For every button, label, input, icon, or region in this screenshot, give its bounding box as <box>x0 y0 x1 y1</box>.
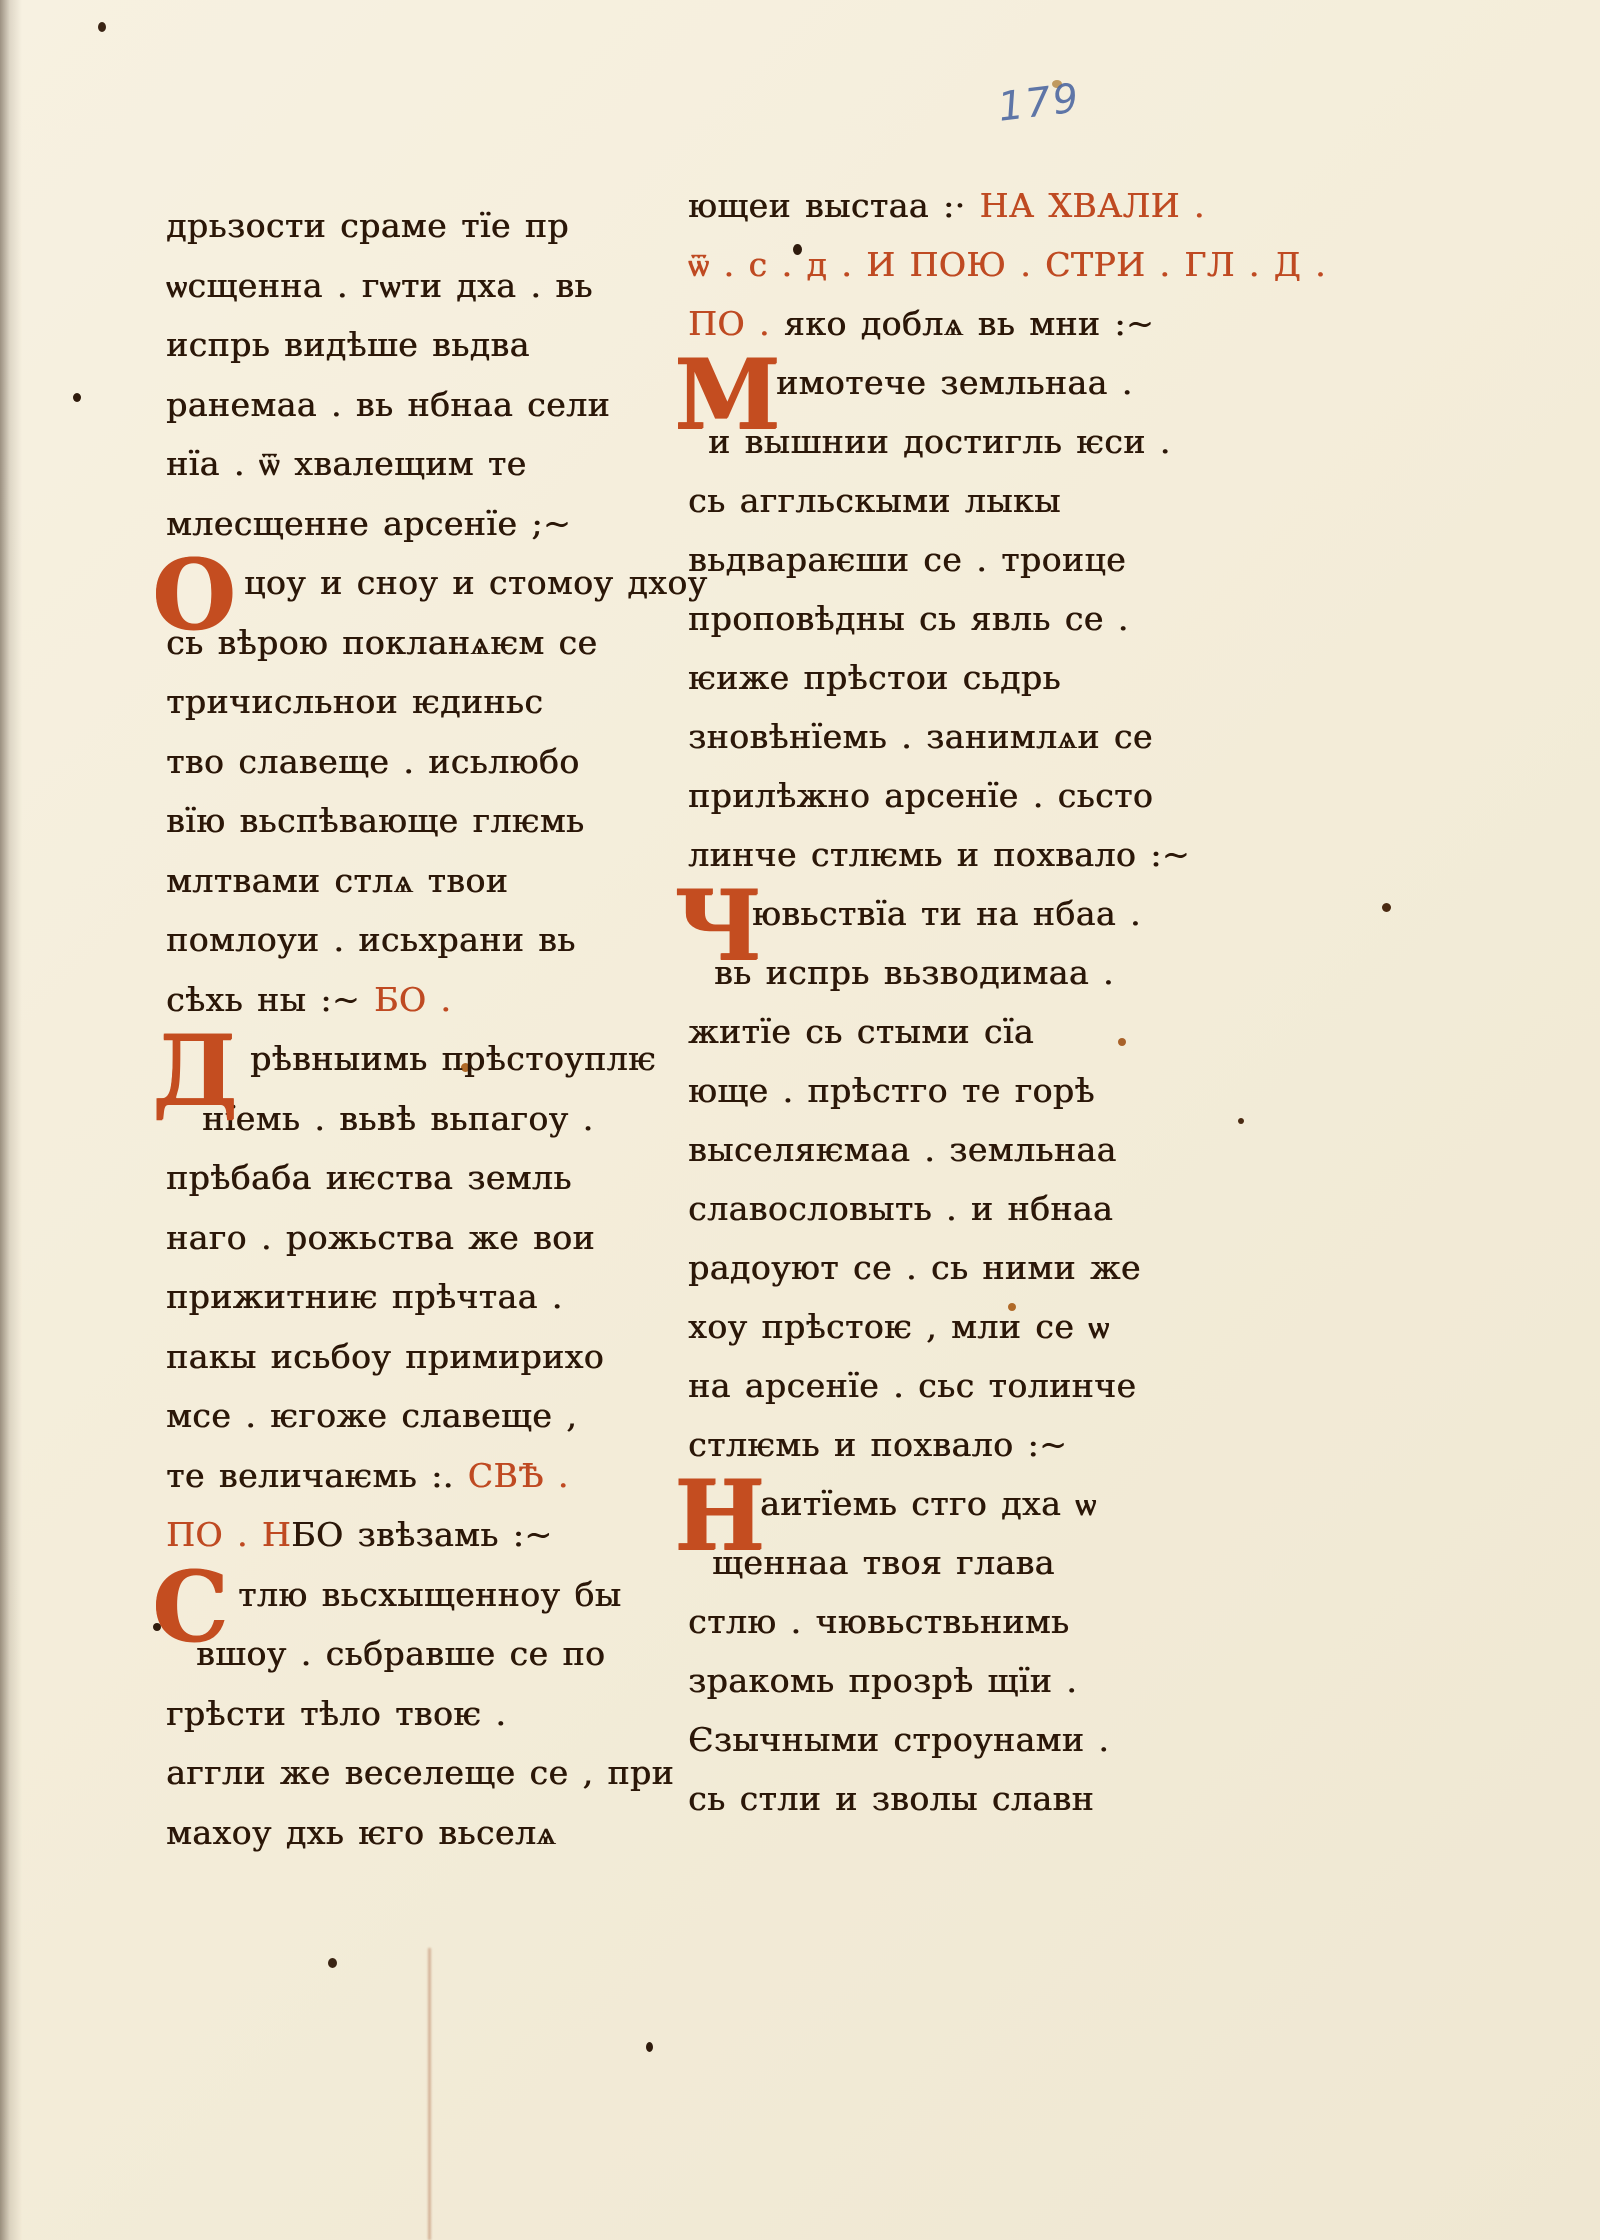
text-line: млтвами стлѧ твои <box>166 851 686 911</box>
text-line: тлю вьсхыщенноу бы <box>166 1565 686 1625</box>
body-text: нїемь . вьвѣ вьпагоу . <box>202 1099 593 1138</box>
body-text: пакы исьбоу примирихо <box>166 1337 604 1376</box>
body-text: нїа . ѿ хвалещим те <box>166 444 527 483</box>
body-text: ѥиже прѣстои сьдрь <box>688 658 1061 697</box>
text-line: млесщенне арсенїе ;~ <box>166 494 686 554</box>
text-line: вшоу . сьбравше се по <box>166 1624 686 1684</box>
body-text: испрь видѣше вьдва <box>166 325 530 364</box>
body-text: прѣбаба иѥства земль <box>166 1158 572 1197</box>
text-line: вьдвараѥши се . троице <box>688 530 1268 589</box>
text-line: линче стлѥмь и похвало :~ <box>688 825 1268 884</box>
body-text: стлю . чювьствьнимь <box>688 1602 1069 1641</box>
text-line: сѣхь ны :~ БО . <box>166 970 686 1030</box>
text-line: сь стли и зволы славн <box>688 1769 1268 1828</box>
body-text: рѣвныимь прѣстоуплѥ <box>250 1039 656 1078</box>
body-text: млтвами стлѧ твои <box>166 861 508 900</box>
body-text: житїе сь стыми сїа <box>688 1012 1034 1051</box>
body-text: выселяѥмаа . земльнаа <box>688 1130 1117 1169</box>
drop-cap-initial: С <box>152 1559 228 1655</box>
body-text: аггли же веселеще се , при <box>166 1753 674 1792</box>
text-line: на арсенїе . сьс толинче <box>688 1356 1268 1415</box>
text-line: ПО . НБО звѣзамь :~ <box>166 1505 686 1565</box>
body-text: имотече земльнаа . <box>776 363 1133 402</box>
text-line: аггли же веселеще се , при <box>166 1743 686 1803</box>
text-line: грѣсти тѣло твоѥ . <box>166 1684 686 1744</box>
text-line: те величаѥмь :. СВѢ . <box>166 1446 686 1506</box>
text-line: мсе . ѥгоже славеще , <box>166 1386 686 1446</box>
body-text: вь испрь вьзводимаа . <box>714 953 1114 992</box>
body-text: махоу дхь ѥго вьселѧ <box>166 1813 556 1852</box>
text-line: нїемь . вьвѣ вьпагоу . <box>166 1089 686 1149</box>
body-text: БО звѣзамь :~ <box>291 1515 552 1554</box>
text-line: аитїемь стго дха ѡ <box>688 1474 1268 1533</box>
body-text: те величаѥмь :. <box>166 1456 468 1495</box>
text-line: пакы исьбоу примирихо <box>166 1327 686 1387</box>
text-line: махоу дхь ѥго вьселѧ <box>166 1803 686 1863</box>
text-line: выселяѥмаа . земльнаа <box>688 1120 1268 1179</box>
body-text: прижитниѥ прѣчтаа . <box>166 1277 563 1316</box>
text-line: проповѣдны сь явль се . <box>688 589 1268 648</box>
body-text: юще . прѣстго те горѣ <box>688 1071 1095 1110</box>
text-line: испрь видѣше вьдва <box>166 315 686 375</box>
text-line: рѣвныимь прѣстоуплѥ <box>166 1029 686 1089</box>
text-line: прижитниѥ прѣчтаа . <box>166 1267 686 1327</box>
ink-speck <box>646 2042 653 2052</box>
body-text: проповѣдны сь явль се . <box>688 599 1129 638</box>
text-line: ѡсщенна . гѡти дха . вь <box>166 256 686 316</box>
body-text: сѣхь ны :~ <box>166 980 374 1019</box>
body-text: тлю вьсхыщенноу бы <box>238 1575 621 1614</box>
body-text: цоу и сноу и стомоу дхоу <box>244 563 707 602</box>
body-text: сь стли и зволы славн <box>688 1779 1094 1818</box>
body-text: мсе . ѥгоже славеще , <box>166 1396 577 1435</box>
ink-speck <box>328 1958 337 1968</box>
text-line: прѣбаба иѥства земль <box>166 1148 686 1208</box>
body-text: дрьзости сраме тїе пр <box>166 206 569 245</box>
ink-speck <box>98 22 106 32</box>
body-text: ранемаа . вь нбнаа сели <box>166 385 610 424</box>
body-text: славословыть . и нбнаа <box>688 1189 1113 1228</box>
body-text: вьдвараѥши се . троице <box>688 540 1126 579</box>
body-text: млесщенне арсенїе ;~ <box>166 504 571 543</box>
body-text: вїю вьспѣвающе глѥмь <box>166 801 584 840</box>
body-text: на арсенїе . сьс толинче <box>688 1366 1136 1405</box>
text-line: ювьствїа ти на нбаа . <box>688 884 1268 943</box>
text-line: тричисльнои ѥдиньс <box>166 672 686 732</box>
drop-cap-initial: Н <box>674 1468 765 1564</box>
manuscript-page: 179 дрьзости сраме тїе прѡсщенна . гѡти … <box>0 0 1600 2240</box>
text-line: тво славеще . исьлюбо <box>166 732 686 792</box>
text-line: стлю . чювьствьнимь <box>688 1592 1268 1651</box>
drop-cap-initial: М <box>674 347 780 443</box>
rubric-text: ѿ . с . д . И ПОЮ . СТРИ . ГЛ . Д . <box>688 245 1326 284</box>
text-line: зракомь прозрѣ щїи . <box>688 1651 1268 1710</box>
text-line: славословыть . и нбнаа <box>688 1179 1268 1238</box>
text-line: житїе сь стыми сїа <box>688 1002 1268 1061</box>
text-line: зновѣнїемь . занимлѧи се <box>688 707 1268 766</box>
text-line: ранемаа . вь нбнаа сели <box>166 375 686 435</box>
rubric-text: ПО . Н <box>166 1515 291 1554</box>
body-text: яко доблѧ вь мни :~ <box>784 304 1154 343</box>
text-line: сь вѣрою покланѧѥм се <box>166 613 686 673</box>
body-text: вшоу . сьбравше се по <box>196 1634 605 1673</box>
ink-speck <box>1382 903 1391 912</box>
text-line: ющеи выстаа :· НА ХВАЛИ . <box>688 176 1268 235</box>
body-text: зракомь прозрѣ щїи . <box>688 1661 1077 1700</box>
text-line: нїа . ѿ хвалещим те <box>166 434 686 494</box>
body-text: радоуют се . сь ними же <box>688 1248 1141 1287</box>
text-line: хоу прѣстоѥ , мли се ѡ <box>688 1297 1268 1356</box>
body-text: помлоуи . исьхрани вь <box>166 920 576 959</box>
body-text: аитїемь стго дха ѡ <box>760 1484 1097 1523</box>
rubric-text: СВѢ . <box>468 1456 569 1495</box>
text-column-left: дрьзости сраме тїе прѡсщенна . гѡти дха … <box>166 196 686 1862</box>
text-line: прилѣжно арсенїе . сьсто <box>688 766 1268 825</box>
text-column-right: ющеи выстаа :· НА ХВАЛИ .ѿ . с . д . И П… <box>688 176 1268 1828</box>
text-line: ѿ . с . д . И ПОЮ . СТРИ . ГЛ . Д . <box>688 235 1268 294</box>
text-line: дрьзости сраме тїе пр <box>166 196 686 256</box>
drop-cap-initial: О <box>152 547 236 643</box>
text-line: наго . рожьства же вои <box>166 1208 686 1268</box>
rubric-text: НА ХВАЛИ . <box>979 186 1204 225</box>
body-text: тричисльнои ѥдиньс <box>166 682 543 721</box>
text-line: вь испрь вьзводимаа . <box>688 943 1268 1002</box>
text-line: юще . прѣстго те горѣ <box>688 1061 1268 1120</box>
body-text: ющеи выстаа :· <box>688 186 979 225</box>
body-text: прилѣжно арсенїе . сьсто <box>688 776 1153 815</box>
body-text: Єзычными строунами . <box>688 1720 1109 1759</box>
text-line: ѥиже прѣстои сьдрь <box>688 648 1268 707</box>
rubric-text: БО . <box>374 980 451 1019</box>
text-line: вїю вьспѣвающе глѥмь <box>166 791 686 851</box>
text-line: стлѥмь и похвало :~ <box>688 1415 1268 1474</box>
drop-cap-initial: Ч <box>674 878 762 974</box>
text-line: радоуют се . сь ними же <box>688 1238 1268 1297</box>
body-text: наго . рожьства же вои <box>166 1218 595 1257</box>
text-line: щеннаа твоя глава <box>688 1533 1268 1592</box>
text-line: Єзычными строунами . <box>688 1710 1268 1769</box>
ink-speck <box>73 393 81 402</box>
body-text: ювьствїа ти на нбаа . <box>752 894 1141 933</box>
text-line: цоу и сноу и стомоу дхоу <box>166 553 686 613</box>
body-text: ѡсщенна . гѡти дха . вь <box>166 266 593 305</box>
parchment-crease <box>428 1948 431 2240</box>
body-text: зновѣнїемь . занимлѧи се <box>688 717 1153 756</box>
body-text: линче стлѥмь и похвало :~ <box>688 835 1190 874</box>
body-text: тво славеще . исьлюбо <box>166 742 579 781</box>
text-line: помлоуи . исьхрани вь <box>166 910 686 970</box>
body-text: хоу прѣстоѥ , мли се ѡ <box>688 1307 1110 1346</box>
body-text: сь аггльскыми лыкы <box>688 481 1061 520</box>
drop-cap-initial: Д <box>152 1023 237 1119</box>
text-line: сь аггльскыми лыкы <box>688 471 1268 530</box>
body-text: грѣсти тѣло твоѥ . <box>166 1694 506 1733</box>
